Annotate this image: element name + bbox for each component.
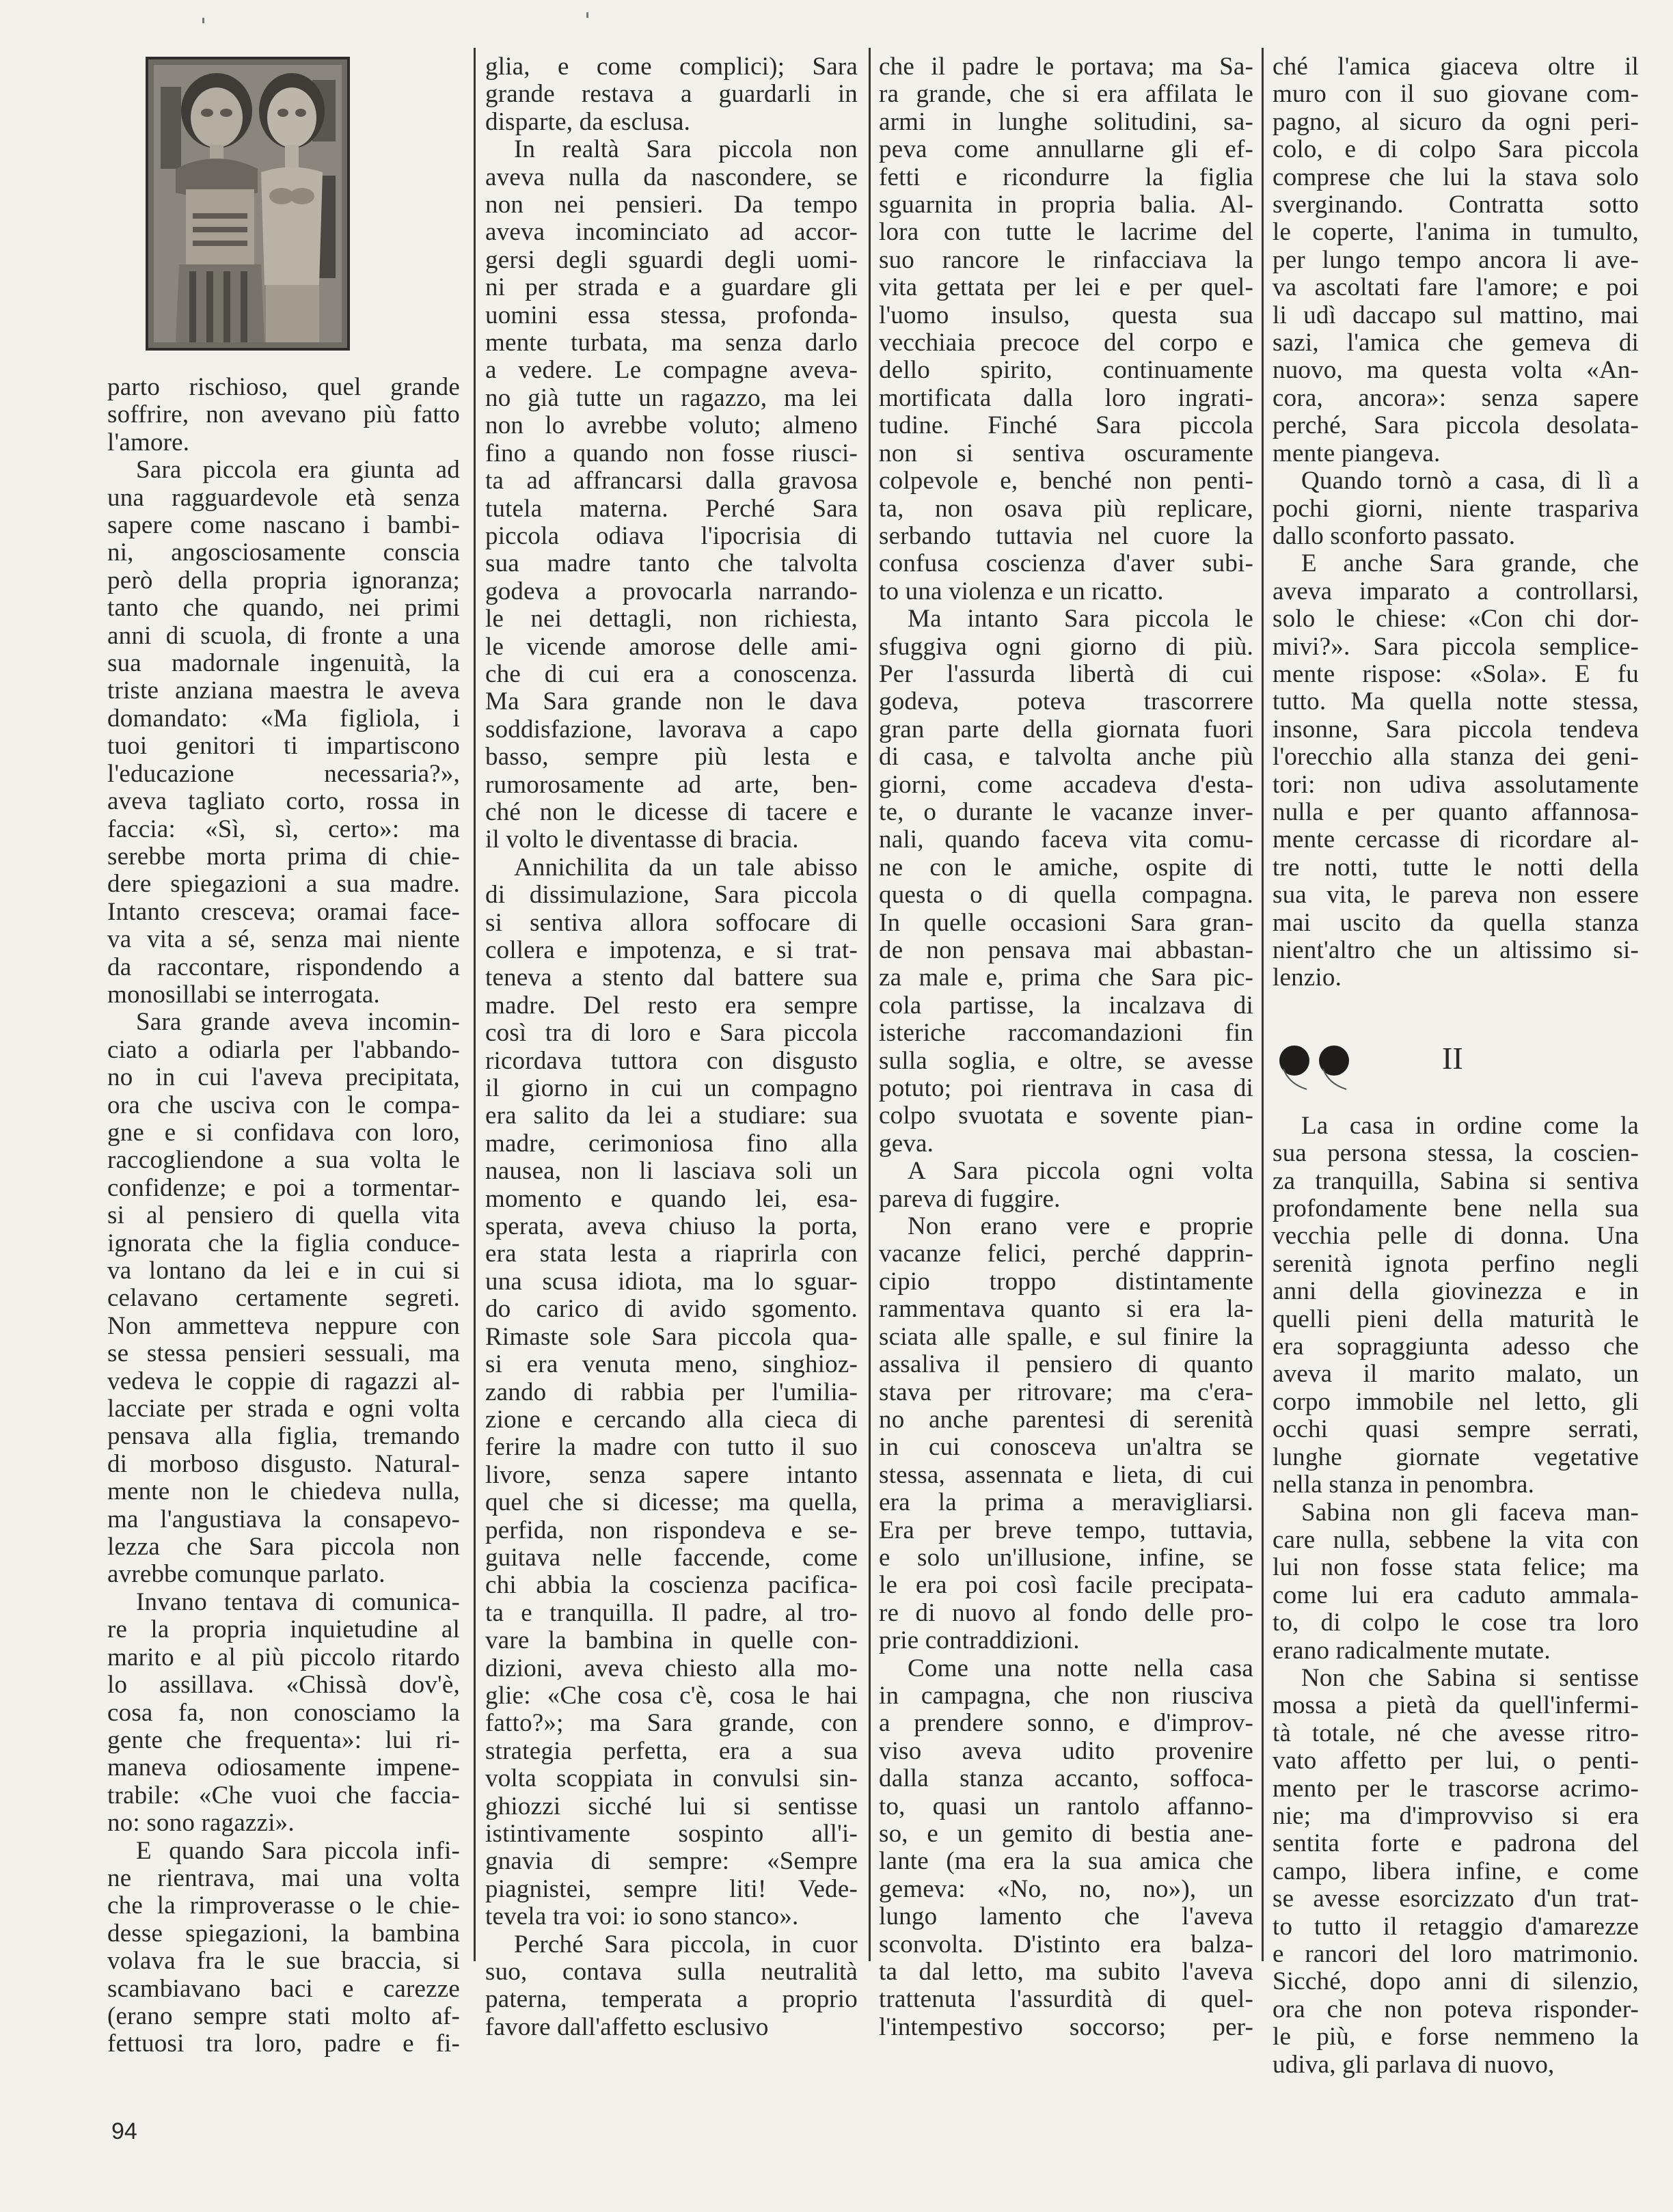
text-line: pagno, al sicuro da ogni peri- xyxy=(1273,109,1639,136)
text-line: faccia: «Sì, sì, certo»: ma xyxy=(107,816,460,843)
text-line: udiva, gli parlava di nuovo, xyxy=(1273,2051,1639,2079)
text-line: dizioni, aveva chiesto alla mo- xyxy=(485,1655,858,1682)
text-line: sazi, l'amica che gemeva di xyxy=(1273,329,1639,357)
text-line: gnavia di sempre: «Sempre xyxy=(485,1848,858,1875)
text-line: vecchia pelle di donna. Una xyxy=(1273,1223,1639,1250)
text-line: Non erano vere e proprie xyxy=(879,1213,1253,1240)
text-line: maneva odiosamente impene- xyxy=(107,1754,460,1781)
text-line: mente non le chiedeva nulla, xyxy=(107,1478,460,1505)
text-line: ricordava tuttora con disgusto xyxy=(485,1048,858,1075)
text-line: campo, libera infine, e come xyxy=(1273,1858,1639,1885)
text-line: ta ad affrancarsi dalla gravosa xyxy=(485,467,858,495)
text-line: grande restava a guardarli in xyxy=(485,81,858,108)
text-line: nuovo, ma questa volta «An- xyxy=(1273,357,1639,384)
text-line: vato affetto per lui, o penti- xyxy=(1273,1747,1639,1775)
text-line: serenità ignota perfino negli xyxy=(1273,1251,1639,1278)
text-line: cora, ancora»: senza sapere xyxy=(1273,385,1639,412)
text-line: godeva, poteva trascorrere xyxy=(879,688,1253,715)
painting-icon xyxy=(148,59,347,348)
text-line: La casa in ordine come la xyxy=(1273,1112,1639,1140)
text-line: tevela tra voi: io sono stanco». xyxy=(485,1903,858,1930)
text-line: va vita a sé, senza mai niente xyxy=(107,926,460,953)
text-line: ciato a odiarla per l'abbando- xyxy=(107,1037,460,1064)
text-line: lora con tutte le lacrime del xyxy=(879,219,1253,246)
text-line: da raccontare, rispondendo a xyxy=(107,954,460,981)
text-line: avrebbe comunque parlato. xyxy=(107,1561,460,1588)
text-line: madre, cerimoniosa fino alla xyxy=(485,1130,858,1158)
text-line: armi in lunghe solitudini, sa- xyxy=(879,109,1253,136)
text-line: (erano sempre stati molto af- xyxy=(107,2003,460,2030)
text-line: mortificata dalla loro ingrati- xyxy=(879,385,1253,412)
text-line: anni della giovinezza e in xyxy=(1273,1278,1639,1305)
text-line: nient'altro che un altissimo si- xyxy=(1273,937,1639,964)
text-line: sua persona stessa, la coscien- xyxy=(1273,1140,1639,1167)
text-column-2: glia, e come complici); Saragrande resta… xyxy=(485,53,858,2041)
text-line: vecchiaia precoce del corpo e xyxy=(879,329,1253,357)
text-line: mento per le trascorse acrimo- xyxy=(1273,1775,1639,1803)
text-line: zando di rabbia per l'umilia- xyxy=(485,1379,858,1406)
text-line: colpo svuotata e sovente pian- xyxy=(879,1102,1253,1130)
text-line: ni, angosciosamente conscia xyxy=(107,539,460,566)
column-rule xyxy=(869,48,871,1961)
text-line: tanto che quando, nei primi xyxy=(107,595,460,622)
text-line: ora che non poteva risponder- xyxy=(1273,1996,1639,2023)
text-line: ta e tranquilla. Il padre, al tro- xyxy=(485,1600,858,1627)
text-line: potuto; poi rientrava in casa di xyxy=(879,1075,1253,1102)
text-line: Per l'assurda libertà di cui xyxy=(879,661,1253,688)
text-line: chi abbia la coscienza pacifica- xyxy=(485,1572,858,1599)
text-line: paterna, temperata a proprio xyxy=(485,1986,858,2013)
text-line: zione e cercando alla cieca di xyxy=(485,1406,858,1434)
text-line: vita gettata per lei e per quel- xyxy=(879,274,1253,301)
text-line: glia, e come complici); Sara xyxy=(485,53,858,81)
text-line: ni per strada e a guardare gli xyxy=(485,274,858,301)
text-line: piagnistei, sempre liti! Vede- xyxy=(485,1876,858,1903)
text-line: erano radicalmente mutate. xyxy=(1273,1637,1639,1665)
text-line: serbando tuttavia nel cuore la xyxy=(879,523,1253,550)
text-line: favore dall'affetto esclusivo xyxy=(485,2014,858,2041)
text-line: colo, e di colpo Sara piccola xyxy=(1273,136,1639,163)
text-line: guitava nelle faccende, come xyxy=(485,1544,858,1572)
page-number: 94 xyxy=(111,2118,137,2145)
text-line: suo rancore le rinfacciava la xyxy=(879,247,1253,274)
text-line: cola partisse, la incalzava di xyxy=(879,992,1253,1020)
text-line: E anche Sara grande, che xyxy=(1273,550,1639,577)
text-line: te, o durante le vacanze inver- xyxy=(879,799,1253,826)
text-line: profondamente bene nella sua xyxy=(1273,1195,1639,1223)
text-line: le più, e forse nemmeno la xyxy=(1273,2023,1639,2051)
text-line: parto rischioso, quel grande xyxy=(107,374,460,401)
column-4-part-1: ché l'amica giaceva oltre ilmuro con il … xyxy=(1273,53,1639,992)
text-line: tuoi genitori ti impartiscono xyxy=(107,733,460,760)
text-line: soffrire, non avevano più fatto xyxy=(107,401,460,428)
text-line: lacciate per strada e ogni volta xyxy=(107,1395,460,1423)
print-speck xyxy=(202,18,204,23)
text-line: ora che usciva con le compa- xyxy=(107,1092,460,1119)
text-line: aveva incominciato ad accor- xyxy=(485,219,858,246)
text-line: lui non fosse stata felice; ma xyxy=(1273,1554,1639,1581)
text-line: a prendere sonno, e d'improv- xyxy=(879,1710,1253,1737)
text-line: perfida, non rispondeva e se- xyxy=(485,1517,858,1544)
text-line: vare la bambina in quelle con- xyxy=(485,1627,858,1654)
text-line: tori: non udiva assolutamente xyxy=(1273,772,1639,799)
text-line: madre. Del resto era sempre xyxy=(485,992,858,1020)
text-line: era salito da lei a studiare: sua xyxy=(485,1102,858,1130)
text-line: sverginando. Contratta sotto xyxy=(1273,191,1639,219)
text-column-1: parto rischioso, quel grandesoffrire, no… xyxy=(107,374,460,2058)
text-line: pensava alla figlia, tremando xyxy=(107,1423,460,1450)
text-line: sua madornale ingenuità, la xyxy=(107,650,460,677)
text-line: giorni, come accadeva d'esta- xyxy=(879,772,1253,799)
text-line: Sabina non gli faceva man- xyxy=(1273,1499,1639,1527)
quote-dots-icon xyxy=(1277,1044,1359,1092)
text-line: gemeva: «No, no, no»), un xyxy=(879,1876,1253,1903)
text-line: Quando tornò a casa, di lì a xyxy=(1273,467,1639,495)
text-line: comprese che lui la stava solo xyxy=(1273,164,1639,191)
text-line: confidenze; e poi a tormentar- xyxy=(107,1175,460,1202)
text-line: mente cercasse di ricordare al- xyxy=(1273,826,1639,854)
text-line: Era per breve tempo, tuttavia, xyxy=(879,1517,1253,1544)
text-line: cosa fa, non conosciamo la xyxy=(107,1699,460,1727)
text-line: volava fra le sue braccia, si xyxy=(107,1948,460,1975)
text-line: to tutto il retaggio d'amarezze xyxy=(1273,1913,1639,1941)
text-line: non lo avrebbe voluto; almeno xyxy=(485,412,858,439)
text-line: sapere come nascano i bambi- xyxy=(107,512,460,539)
text-line: in cui conosceva un'altra se xyxy=(879,1434,1253,1461)
text-line: vedeva le coppie di ragazzi al- xyxy=(107,1368,460,1395)
text-line: vacanze felici, perché dapprin- xyxy=(879,1240,1253,1268)
text-line: gran parte della giornata fuori xyxy=(879,716,1253,743)
text-line: dalla stanza accanto, soffoca- xyxy=(879,1765,1253,1792)
text-line: suo, contava sulla neutralità xyxy=(485,1958,858,1986)
text-line: basso, sempre più lesta e xyxy=(485,743,858,771)
text-line: ta dal letto, ma subito l'aveva xyxy=(879,1958,1253,1986)
text-line: sciata alle spalle, e sul finire la xyxy=(879,1324,1253,1351)
text-line: strategia perfetta, era a sua xyxy=(485,1738,858,1765)
text-line: rammentava quanto si era la- xyxy=(879,1296,1253,1323)
text-line: di morboso disgusto. Natural- xyxy=(107,1451,460,1478)
text-line: livore, senza sapere intanto xyxy=(485,1462,858,1489)
text-line: di casa, e talvolta anche più xyxy=(879,743,1253,771)
text-line: e solo un'illusione, infine, se xyxy=(879,1544,1253,1572)
text-line: uomini essa stessa, profonda- xyxy=(485,302,858,329)
text-line: lenzio. xyxy=(1273,964,1639,992)
text-line: mente rispose: «Sola». E fu xyxy=(1273,661,1639,688)
text-line: pochi giorni, niente traspariva xyxy=(1273,495,1639,523)
text-line: do carico di avido sgomento. xyxy=(485,1296,858,1323)
text-line: no: sono ragazzi». xyxy=(107,1810,460,1837)
text-line: scambiavano baci e carezze xyxy=(107,1976,460,2003)
text-line: non nei pensieri. Da tempo xyxy=(485,191,858,219)
text-line: trattenuta l'assurdità di quel- xyxy=(879,1986,1253,2013)
text-line: istintivamente sospinto all'i- xyxy=(485,1820,858,1848)
text-line: no già tutte un ragazzo, ma lei xyxy=(485,385,858,412)
text-line: lezza che Sara piccola non xyxy=(107,1533,460,1561)
column-4-part-2: La casa in ordine come lasua persona ste… xyxy=(1273,1112,1639,2079)
text-line: collera e impotenza, e si trat- xyxy=(485,937,858,964)
text-line: ta, non osava più replicare, xyxy=(879,495,1253,523)
text-line: sconvolta. D'istinto era balza- xyxy=(879,1931,1253,1958)
column-rule xyxy=(1262,48,1264,1961)
text-line: to, di colpo le cose tra loro xyxy=(1273,1609,1639,1637)
text-line: care nulla, sebbene la vita con xyxy=(1273,1527,1639,1554)
text-line: nali, quando faceva vita comu- xyxy=(879,826,1253,854)
text-line: sguarnita in propria balia. Al- xyxy=(879,191,1253,219)
text-line: si sentiva allora soffocare di xyxy=(485,910,858,937)
text-line: domandato: «Ma figliola, i xyxy=(107,705,460,733)
text-line: ché non le dicesse di tacere e xyxy=(485,799,858,826)
text-line: monosillabi se interrogata. xyxy=(107,981,460,1009)
text-line: ignorata che la figlia conduce- xyxy=(107,1230,460,1257)
text-line: prie contraddizioni. xyxy=(879,1627,1253,1654)
text-line: ra grande, che si era affilata le xyxy=(879,81,1253,108)
text-line: aveva imparato a controllarsi, xyxy=(1273,578,1639,605)
text-line: si al pensiero di quella vita xyxy=(107,1202,460,1229)
text-line: assaliva il pensiero di quanto xyxy=(879,1351,1253,1378)
text-line: raccogliendone a sua volta le xyxy=(107,1147,460,1174)
text-line: cipio troppo distintamente xyxy=(879,1268,1253,1296)
text-line: a vedere. Le compagne aveva- xyxy=(485,357,858,384)
text-line: anni di scuola, di fronte a una xyxy=(107,623,460,650)
text-line: il volto le diventasse di bracia. xyxy=(485,826,858,854)
text-line: Come una notte nella casa xyxy=(879,1655,1253,1682)
text-line: fetti e ricondurre la figlia xyxy=(879,164,1253,191)
text-line: non si sentiva oscuramente xyxy=(879,440,1253,467)
text-line: in campagna, che non riusciva xyxy=(879,1682,1253,1710)
illustration-two-figures xyxy=(146,57,350,351)
text-line: ghiozzi sicché lui si sentisse xyxy=(485,1793,858,1820)
text-line: Non che Sabina si sentisse xyxy=(1273,1665,1639,1692)
text-line: colpevole e, benché non penti- xyxy=(879,467,1253,495)
text-line: e rancori del loro matrimonio. xyxy=(1273,1941,1639,1968)
text-line: occhi quasi sempre serrati, xyxy=(1273,1416,1639,1443)
text-line: fino a quando non fosse riusci- xyxy=(485,440,858,467)
text-line: momento e quando lei, esa- xyxy=(485,1186,858,1213)
text-line: tudine. Finché Sara piccola xyxy=(879,412,1253,439)
text-line: rumorosamente ad arte, ben- xyxy=(485,772,858,799)
text-line: dallo sconforto passato. xyxy=(1273,523,1639,550)
text-line: glie: «Che cosa c'è, cosa le hai xyxy=(485,1682,858,1710)
text-line: mivi?». Sara piccola semplice- xyxy=(1273,633,1639,661)
text-line: una scusa idiota, ma lo sguar- xyxy=(485,1268,858,1296)
text-line: l'orecchio alla stanza dei geni- xyxy=(1273,743,1639,771)
text-line: so, e un gemito di bestia ane- xyxy=(879,1820,1253,1848)
text-line: ne rientrava, mai una volta xyxy=(107,1865,460,1892)
text-line: le nei dettagli, non richiesta, xyxy=(485,605,858,633)
text-line: re la propria inquietudine al xyxy=(107,1616,460,1643)
text-line: soddisfazione, lavorava a capo xyxy=(485,716,858,743)
text-line: za male e, prima che Sara pic- xyxy=(879,964,1253,992)
print-speck xyxy=(586,12,588,18)
text-line: Annichilita da un tale abisso xyxy=(485,854,858,882)
text-column-3: che il padre le portava; ma Sa-ra grande… xyxy=(879,53,1253,2041)
text-line: che la rimproverasse o le chie- xyxy=(107,1892,460,1920)
text-line: lunghe giornate vegetative xyxy=(1273,1444,1639,1471)
text-line: Intanto cresceva; oramai face- xyxy=(107,899,460,926)
text-line: In realtà Sara piccola non xyxy=(485,136,858,163)
text-line: le coperte, l'anima in tumulto, xyxy=(1273,219,1639,246)
text-line: era la prima a meravigliarsi. xyxy=(879,1489,1253,1516)
text-line: aveva tagliato corto, rossa in xyxy=(107,788,460,815)
text-line: ma l'angustiava la consapevo- xyxy=(107,1506,460,1533)
text-line: gne e si confidava con loro, xyxy=(107,1119,460,1147)
section-numeral: II xyxy=(1442,1041,1463,1076)
text-line: di dissimulazione, Sara piccola xyxy=(485,882,858,909)
text-line: sentita forte e padrona del xyxy=(1273,1830,1639,1857)
text-line: za tranquilla, Sabina si sentiva xyxy=(1273,1168,1639,1195)
text-line: nausea, non li lasciava soli un xyxy=(485,1158,858,1185)
text-line: ferire la madre con tutto il suo xyxy=(485,1434,858,1461)
text-line: gente che frequenta»: lui ri- xyxy=(107,1727,460,1754)
text-line: desse spiegazioni, la bambina xyxy=(107,1920,460,1948)
text-line: quel che si dicesse; ma quella, xyxy=(485,1489,858,1516)
text-line: Non ammetteva neppure con xyxy=(107,1313,460,1340)
text-line: come lui era caduto ammala- xyxy=(1273,1582,1639,1609)
text-line: che il padre le portava; ma Sa- xyxy=(879,53,1253,81)
text-line: aveva nulla da nascondere, se xyxy=(485,164,858,191)
text-line: confusa coscienza d'aver subi- xyxy=(879,550,1253,577)
text-line: A Sara piccola ogni volta xyxy=(879,1158,1253,1185)
text-line: peva come annullarne gli ef- xyxy=(879,136,1253,163)
text-line: ché l'amica giaceva oltre il xyxy=(1273,53,1639,81)
text-line: Rimaste sole Sara piccola qua- xyxy=(485,1324,858,1351)
text-line: gersi degli sguardi degli uomi- xyxy=(485,247,858,274)
text-line: E quando Sara piccola infi- xyxy=(107,1838,460,1865)
text-line: lungo lamento che l'aveva xyxy=(879,1903,1253,1930)
text-line: to, quasi un rantolo affanno- xyxy=(879,1793,1253,1820)
text-line: che di cui era a conoscenza. xyxy=(485,661,858,688)
text-line: marito e al più piccolo ritardo xyxy=(107,1644,460,1671)
text-line: se stessa pensieri sessuali, ma xyxy=(107,1340,460,1367)
text-line: disparte, da esclusa. xyxy=(485,109,858,136)
text-line: sfuggiva ogni giorno di più. xyxy=(879,633,1253,661)
text-line: triste anziana maestra le aveva xyxy=(107,677,460,705)
text-line: sulla soglia, e oltre, se avesse xyxy=(879,1048,1253,1075)
text-line: fettuosi tra loro, padre e fi- xyxy=(107,2030,460,2058)
text-line: le era poi così facile precipata- xyxy=(879,1572,1253,1599)
text-line: teneva a stento dal battere sua xyxy=(485,964,858,992)
text-line: stava per ritrovare; ma c'era- xyxy=(879,1379,1253,1406)
text-line: il giorno in cui un compagno xyxy=(485,1075,858,1102)
section-heading: II xyxy=(1273,1032,1639,1093)
text-line: mai uscito da quella stanza xyxy=(1273,910,1639,937)
text-line: l'intempestivo soccorso; per- xyxy=(879,2014,1253,2041)
text-line: mente turbata, ma senza darlo xyxy=(485,329,858,357)
text-line: corpo immobile nel letto, gli xyxy=(1273,1389,1639,1416)
text-line: l'educazione necessaria?», xyxy=(107,761,460,788)
text-line: per lungo tempo ancora li ave- xyxy=(1273,247,1639,274)
text-line: Sicché, dopo anni di silenzio, xyxy=(1273,1968,1639,1995)
text-line: pareva di fuggire. xyxy=(879,1186,1253,1213)
text-line: Sara piccola era giunta ad xyxy=(107,456,460,484)
text-line: sua vita, le pareva non essere xyxy=(1273,882,1639,909)
text-line: dere spiegazioni a sua madre. xyxy=(107,871,460,898)
text-line: tutela materna. Perché Sara xyxy=(485,495,858,523)
text-line: va lontano da lei e in cui si xyxy=(107,1257,460,1285)
text-line: re di nuovo al fondo delle pro- xyxy=(879,1600,1253,1627)
text-line: piccola odiava l'ipocrisia di xyxy=(485,523,858,550)
text-line: le vicende amorose delle ami- xyxy=(485,633,858,661)
text-line: isteriche raccomandazioni fin xyxy=(879,1020,1253,1047)
text-line: trabile: «Che vuoi che faccia- xyxy=(107,1782,460,1810)
text-line: lo assillava. «Chissà dov'è, xyxy=(107,1671,460,1699)
text-line: così tra di loro e Sara piccola xyxy=(485,1020,858,1047)
text-line: sperata, aveva chiuso la porta, xyxy=(485,1213,858,1240)
text-line: Ma intanto Sara piccola le xyxy=(879,605,1253,633)
text-line: fatto?»; ma Sara grande, con xyxy=(485,1710,858,1737)
text-line: dello spirito, continuamente xyxy=(879,357,1253,384)
text-line: to una violenza e un ricatto. xyxy=(879,578,1253,605)
text-line: nella stanza in penombra. xyxy=(1273,1471,1639,1499)
text-line: perché, Sara piccola desolata- xyxy=(1273,412,1639,439)
text-line: una ragguardevole età senza xyxy=(107,484,460,512)
text-line: solo le chiese: «Con chi dor- xyxy=(1273,605,1639,633)
text-line: insonne, Sara piccola tendeva xyxy=(1273,716,1639,743)
text-line: stessa, assennata e lieta, di cui xyxy=(879,1462,1253,1489)
text-line: In quelle occasioni Sara gran- xyxy=(879,910,1253,937)
text-line: era stata lesta a riaprirla con xyxy=(485,1240,858,1268)
text-line: lante (ma era la sua amica che xyxy=(879,1848,1253,1875)
text-line: Invano tentava di comunica- xyxy=(107,1589,460,1616)
text-line: godeva a provocarla narrando- xyxy=(485,578,858,605)
text-line: l'amore. xyxy=(107,429,460,456)
text-line: volta scoppiata in convulsi sin- xyxy=(485,1765,858,1792)
text-line: se avesse esorcizzato d'un trat- xyxy=(1273,1885,1639,1913)
text-line: ne con le amiche, ospite di xyxy=(879,854,1253,882)
text-line: però della propria ignoranza; xyxy=(107,567,460,595)
text-line: era sopraggiunta adesso che xyxy=(1273,1333,1639,1361)
text-line: de non pensava mai abbastan- xyxy=(879,937,1253,964)
text-line: va ascoltati fare l'amore; e poi xyxy=(1273,274,1639,301)
text-line: viso aveva udito provenire xyxy=(879,1738,1253,1765)
text-line: Sara grande aveva incomin- xyxy=(107,1009,460,1036)
text-line: mossa a pietà da quell'infermi- xyxy=(1273,1692,1639,1719)
text-line: l'uomo insulso, questa sua xyxy=(879,302,1253,329)
text-line: sua madre tanto che talvolta xyxy=(485,550,858,577)
text-line: tà totale, né che avesse ritro- xyxy=(1273,1720,1639,1747)
text-line: questa o di quella compagna. xyxy=(879,882,1253,909)
text-line: no anche parentesi di serenità xyxy=(879,1406,1253,1434)
text-line: mente piangeva. xyxy=(1273,440,1639,467)
text-line: tre notti, tutte le notti della xyxy=(1273,854,1639,882)
text-line: celavano certamente segreti. xyxy=(107,1285,460,1312)
text-line: serebbe morta prima di chie- xyxy=(107,843,460,871)
text-line: geva. xyxy=(879,1130,1253,1158)
text-line: quelli pieni della maturità le xyxy=(1273,1306,1639,1333)
text-line: li udì daccapo sul mattino, mai xyxy=(1273,302,1639,329)
text-line: tutto. Ma quella notte stessa, xyxy=(1273,688,1639,715)
text-line: no in cui l'aveva precipitata, xyxy=(107,1064,460,1091)
column-rule xyxy=(474,48,476,1961)
text-line: si era venuta meno, singhioz- xyxy=(485,1351,858,1378)
text-line: Perché Sara piccola, in cuor xyxy=(485,1931,858,1958)
text-line: muro con il suo giovane com- xyxy=(1273,81,1639,108)
text-line: aveva il marito malato, un xyxy=(1273,1361,1639,1388)
text-line: nulla e per quanto affannosa- xyxy=(1273,799,1639,826)
text-line: nie; ma d'improvviso si era xyxy=(1273,1803,1639,1830)
text-line: Ma Sara grande non le dava xyxy=(485,688,858,715)
